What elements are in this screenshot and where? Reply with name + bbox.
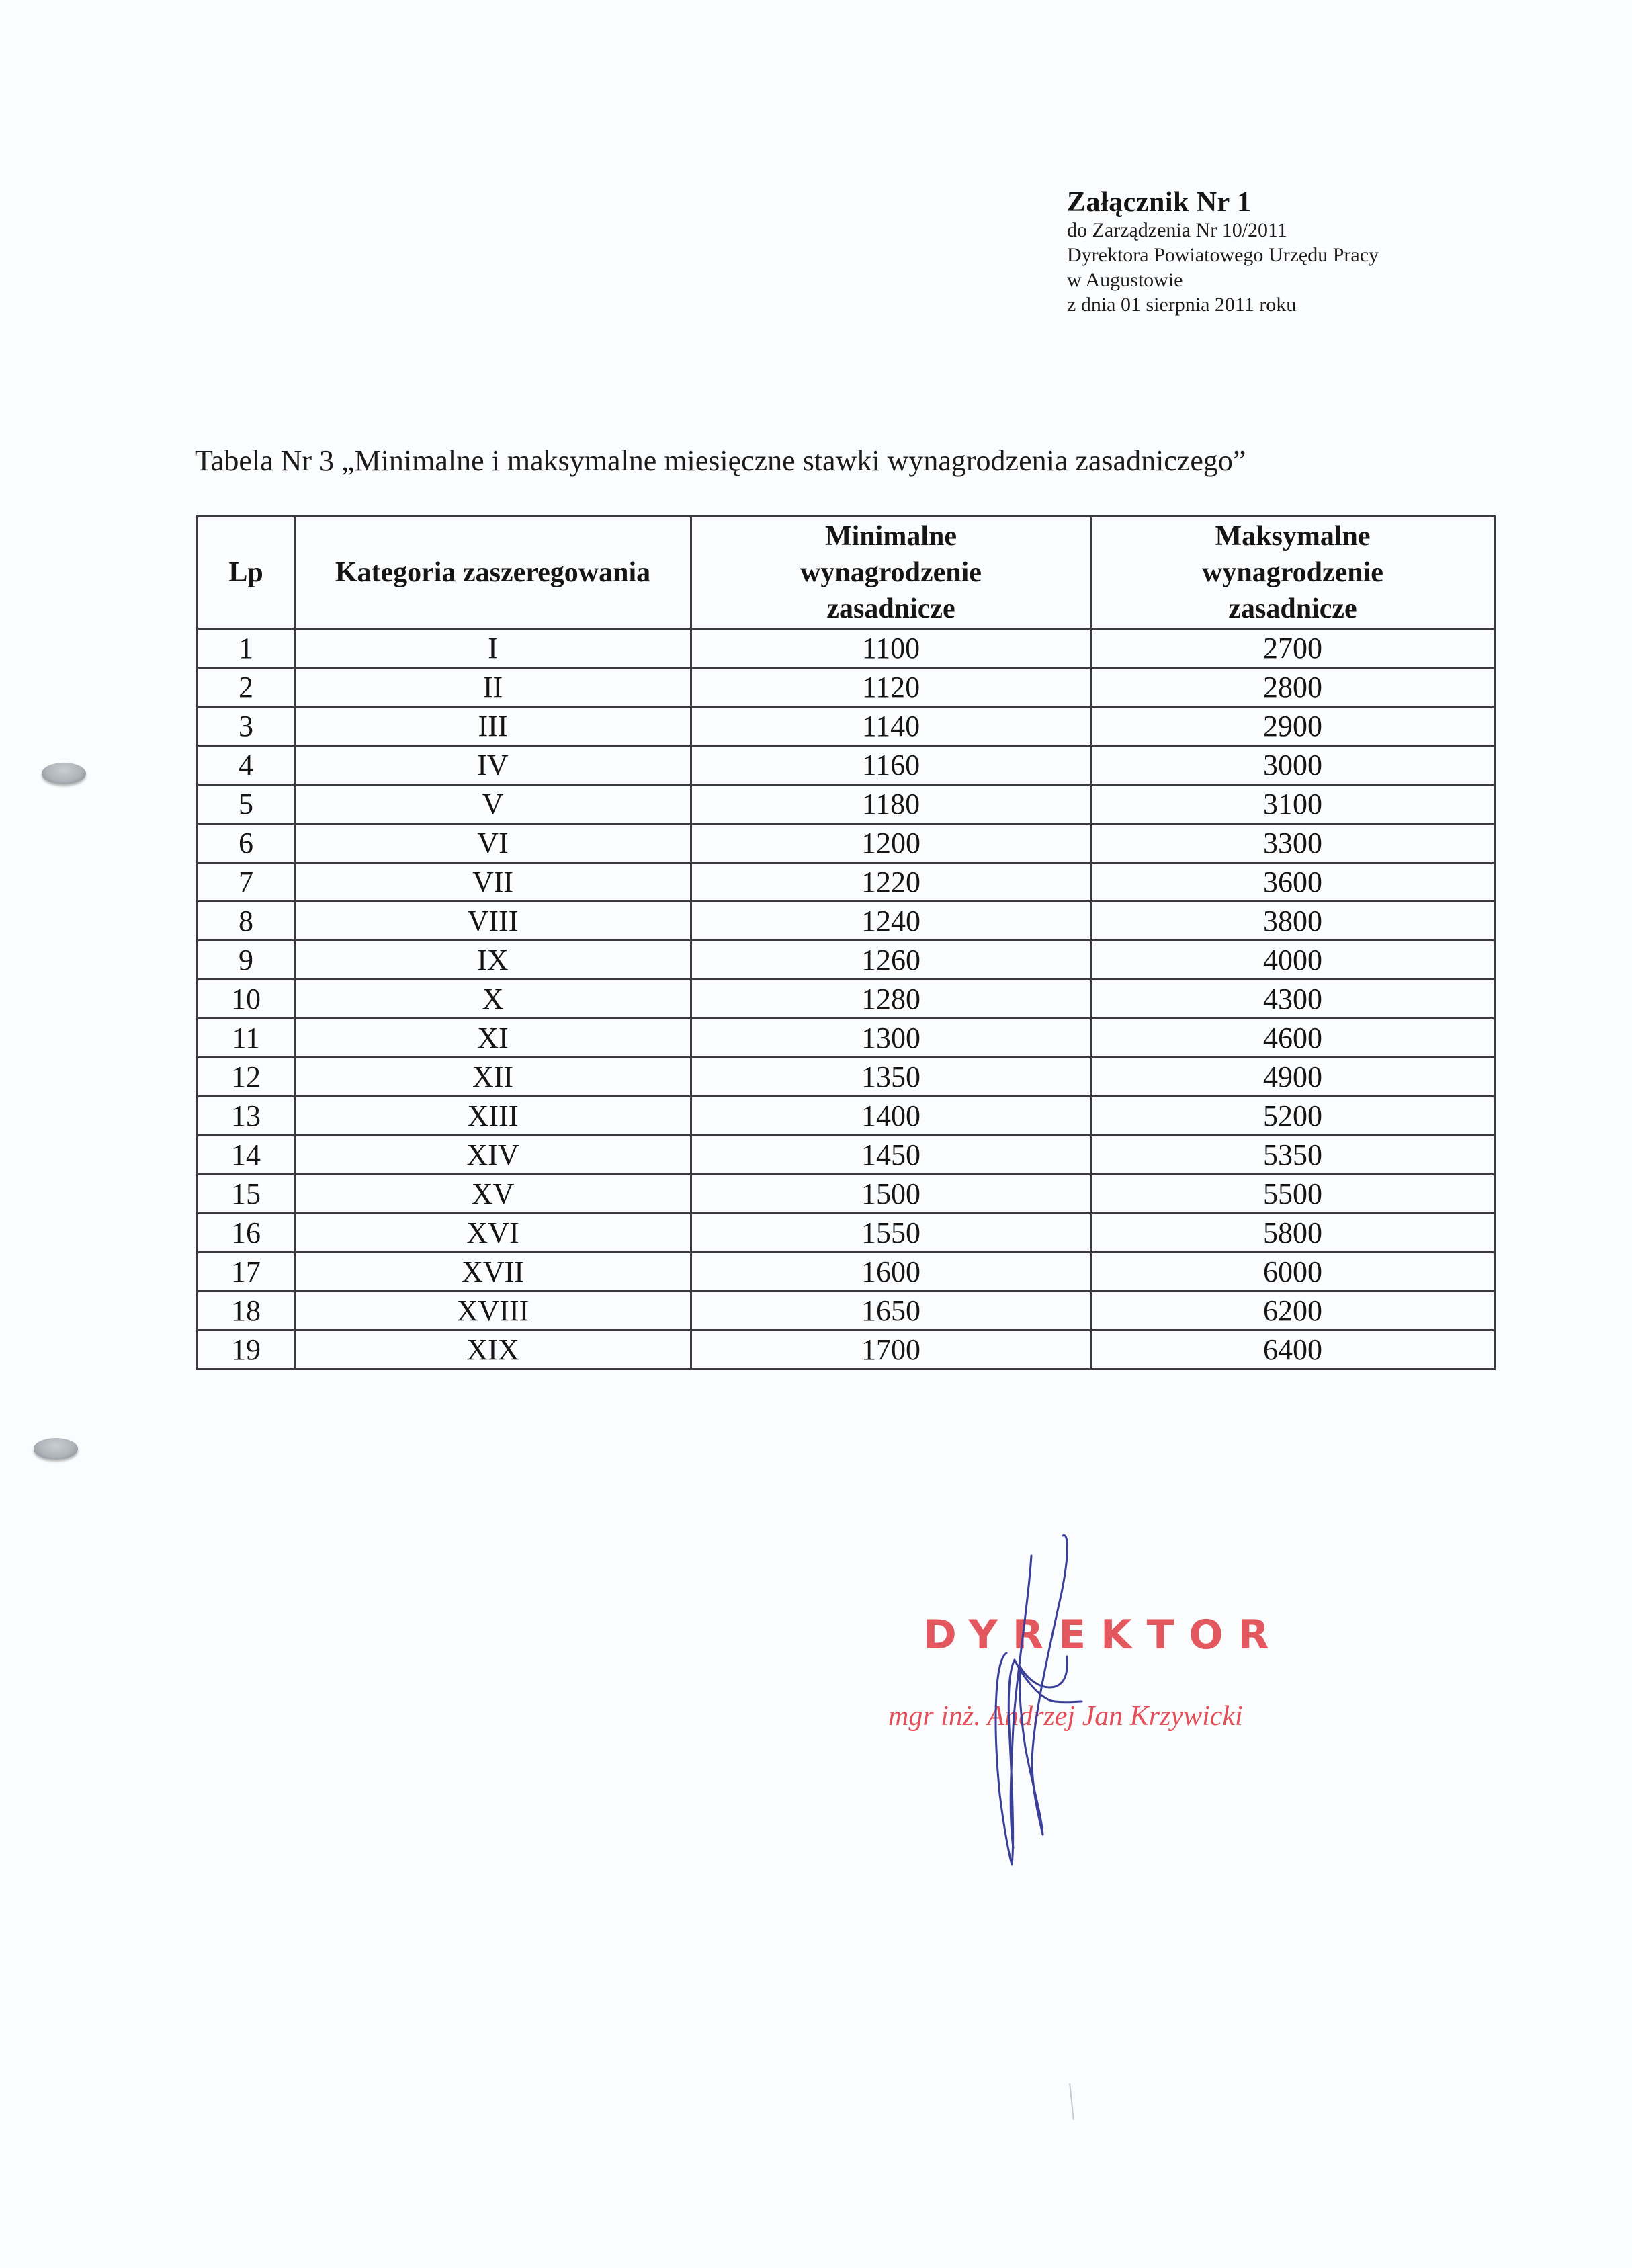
table-row: 4IV11603000	[198, 746, 1495, 785]
attachment-title: Załącznik Nr 1	[1067, 187, 1379, 218]
cell-category: XV	[295, 1175, 691, 1214]
cell-min-salary: 1260	[691, 941, 1091, 980]
cell-lp: 1	[198, 629, 295, 668]
cell-max-salary: 5350	[1091, 1136, 1495, 1175]
cell-lp: 14	[198, 1136, 295, 1175]
table-row: 17XVII16006000	[198, 1253, 1495, 1292]
cell-lp: 7	[198, 863, 295, 902]
cell-min-salary: 1120	[691, 668, 1091, 707]
cell-min-salary: 1180	[691, 785, 1091, 824]
handwritten-signature	[968, 1525, 1142, 1875]
cell-lp: 17	[198, 1253, 295, 1292]
cell-category: XVIII	[295, 1292, 691, 1331]
table-row: 10X12804300	[198, 980, 1495, 1019]
table-row: 15XV15005500	[198, 1175, 1495, 1214]
cell-max-salary: 3000	[1091, 746, 1495, 785]
document-page: Załącznik Nr 1 do Zarządzenia Nr 10/2011…	[0, 0, 1632, 2268]
cell-category: II	[295, 668, 691, 707]
cell-lp: 18	[198, 1292, 295, 1331]
attachment-line-city: w Augustowie	[1067, 267, 1379, 292]
cell-max-salary: 5800	[1091, 1214, 1495, 1253]
cell-max-salary: 6200	[1091, 1292, 1495, 1331]
attachment-header: Załącznik Nr 1 do Zarządzenia Nr 10/2011…	[1067, 187, 1379, 317]
cell-lp: 10	[198, 980, 295, 1019]
attachment-line-issuer: Dyrektora Powiatowego Urzędu Pracy	[1067, 243, 1379, 267]
cell-min-salary: 1400	[691, 1097, 1091, 1136]
cell-category: VII	[295, 863, 691, 902]
table-row: 6VI12003300	[198, 824, 1495, 863]
cell-lp: 6	[198, 824, 295, 863]
cell-lp: 15	[198, 1175, 295, 1214]
cell-max-salary: 3600	[1091, 863, 1495, 902]
cell-max-salary: 2900	[1091, 707, 1495, 746]
table-row: 13XIII14005200	[198, 1097, 1495, 1136]
cell-lp: 13	[198, 1097, 295, 1136]
cell-lp: 12	[198, 1058, 295, 1097]
table-row: 19XIX17006400	[198, 1331, 1495, 1370]
cell-lp: 9	[198, 941, 295, 980]
cell-max-salary: 3800	[1091, 902, 1495, 941]
cell-min-salary: 1100	[691, 629, 1091, 668]
cell-min-salary: 1160	[691, 746, 1091, 785]
table-row: 2II11202800	[198, 668, 1495, 707]
cell-category: XVII	[295, 1253, 691, 1292]
cell-category: XIII	[295, 1097, 691, 1136]
attachment-line-date: z dnia 01 sierpnia 2011 roku	[1067, 292, 1379, 317]
cell-max-salary: 6400	[1091, 1331, 1495, 1370]
cell-category: IV	[295, 746, 691, 785]
column-header-min-salary: Minimalne wynagrodzenie zasadnicze	[691, 517, 1091, 629]
salary-table: Lp Kategoria zaszeregowania Minimalne wy…	[196, 515, 1496, 1370]
cell-category: XIV	[295, 1136, 691, 1175]
table-caption: Tabela Nr 3 „Minimalne i maksymalne mies…	[195, 444, 1246, 478]
cell-category: XVI	[295, 1214, 691, 1253]
cell-category: VI	[295, 824, 691, 863]
table-row: 14XIV14505350	[198, 1136, 1495, 1175]
cell-max-salary: 2700	[1091, 629, 1495, 668]
cell-min-salary: 1650	[691, 1292, 1091, 1331]
table-row: 12XII13504900	[198, 1058, 1495, 1097]
column-header-lp: Lp	[198, 517, 295, 629]
table-row: 18XVIII16506200	[198, 1292, 1495, 1331]
table-row: 5V11803100	[198, 785, 1495, 824]
table-row: 16XVI15505800	[198, 1214, 1495, 1253]
cell-category: I	[295, 629, 691, 668]
cell-max-salary: 3100	[1091, 785, 1495, 824]
table-row: 11XI13004600	[198, 1019, 1495, 1058]
table-row: 8VIII12403800	[198, 902, 1495, 941]
punch-hole-bottom	[34, 1438, 78, 1460]
attachment-line-ordinance: do Zarządzenia Nr 10/2011	[1067, 218, 1379, 243]
cell-lp: 4	[198, 746, 295, 785]
cell-category: III	[295, 707, 691, 746]
table-row: 3III11402900	[198, 707, 1495, 746]
cell-min-salary: 1300	[691, 1019, 1091, 1058]
cell-lp: 16	[198, 1214, 295, 1253]
cell-lp: 11	[198, 1019, 295, 1058]
cell-min-salary: 1200	[691, 824, 1091, 863]
cell-lp: 2	[198, 668, 295, 707]
cell-lp: 8	[198, 902, 295, 941]
table-row: 1I11002700	[198, 629, 1495, 668]
cell-min-salary: 1350	[691, 1058, 1091, 1097]
cell-max-salary: 6000	[1091, 1253, 1495, 1292]
cell-category: IX	[295, 941, 691, 980]
cell-lp: 19	[198, 1331, 295, 1370]
cell-category: XII	[295, 1058, 691, 1097]
cell-max-salary: 4600	[1091, 1019, 1495, 1058]
cell-lp: 3	[198, 707, 295, 746]
cell-lp: 5	[198, 785, 295, 824]
column-header-category: Kategoria zaszeregowania	[295, 517, 691, 629]
cell-min-salary: 1240	[691, 902, 1091, 941]
cell-category: V	[295, 785, 691, 824]
cell-category: XIX	[295, 1331, 691, 1370]
cell-max-salary: 5200	[1091, 1097, 1495, 1136]
column-header-max-salary: Maksymalne wynagrodzenie zasadnicze	[1091, 517, 1495, 629]
cell-category: VIII	[295, 902, 691, 941]
table-row: 9IX12604000	[198, 941, 1495, 980]
cell-max-salary: 2800	[1091, 668, 1495, 707]
cell-min-salary: 1280	[691, 980, 1091, 1019]
cell-category: X	[295, 980, 691, 1019]
cell-max-salary: 5500	[1091, 1175, 1495, 1214]
cell-max-salary: 4000	[1091, 941, 1495, 980]
cell-min-salary: 1140	[691, 707, 1091, 746]
cell-min-salary: 1550	[691, 1214, 1091, 1253]
table-body: 1I110027002II112028003III114029004IV1160…	[198, 629, 1495, 1370]
cell-max-salary: 3300	[1091, 824, 1495, 863]
cell-min-salary: 1500	[691, 1175, 1091, 1214]
cell-max-salary: 4300	[1091, 980, 1495, 1019]
cell-min-salary: 1600	[691, 1253, 1091, 1292]
cell-min-salary: 1220	[691, 863, 1091, 902]
cell-min-salary: 1700	[691, 1331, 1091, 1370]
scan-artifact	[1069, 2083, 1074, 2120]
cell-category: XI	[295, 1019, 691, 1058]
table-header-row: Lp Kategoria zaszeregowania Minimalne wy…	[198, 517, 1495, 629]
cell-min-salary: 1450	[691, 1136, 1091, 1175]
table-row: 7VII12203600	[198, 863, 1495, 902]
punch-hole-top	[42, 763, 86, 784]
cell-max-salary: 4900	[1091, 1058, 1495, 1097]
